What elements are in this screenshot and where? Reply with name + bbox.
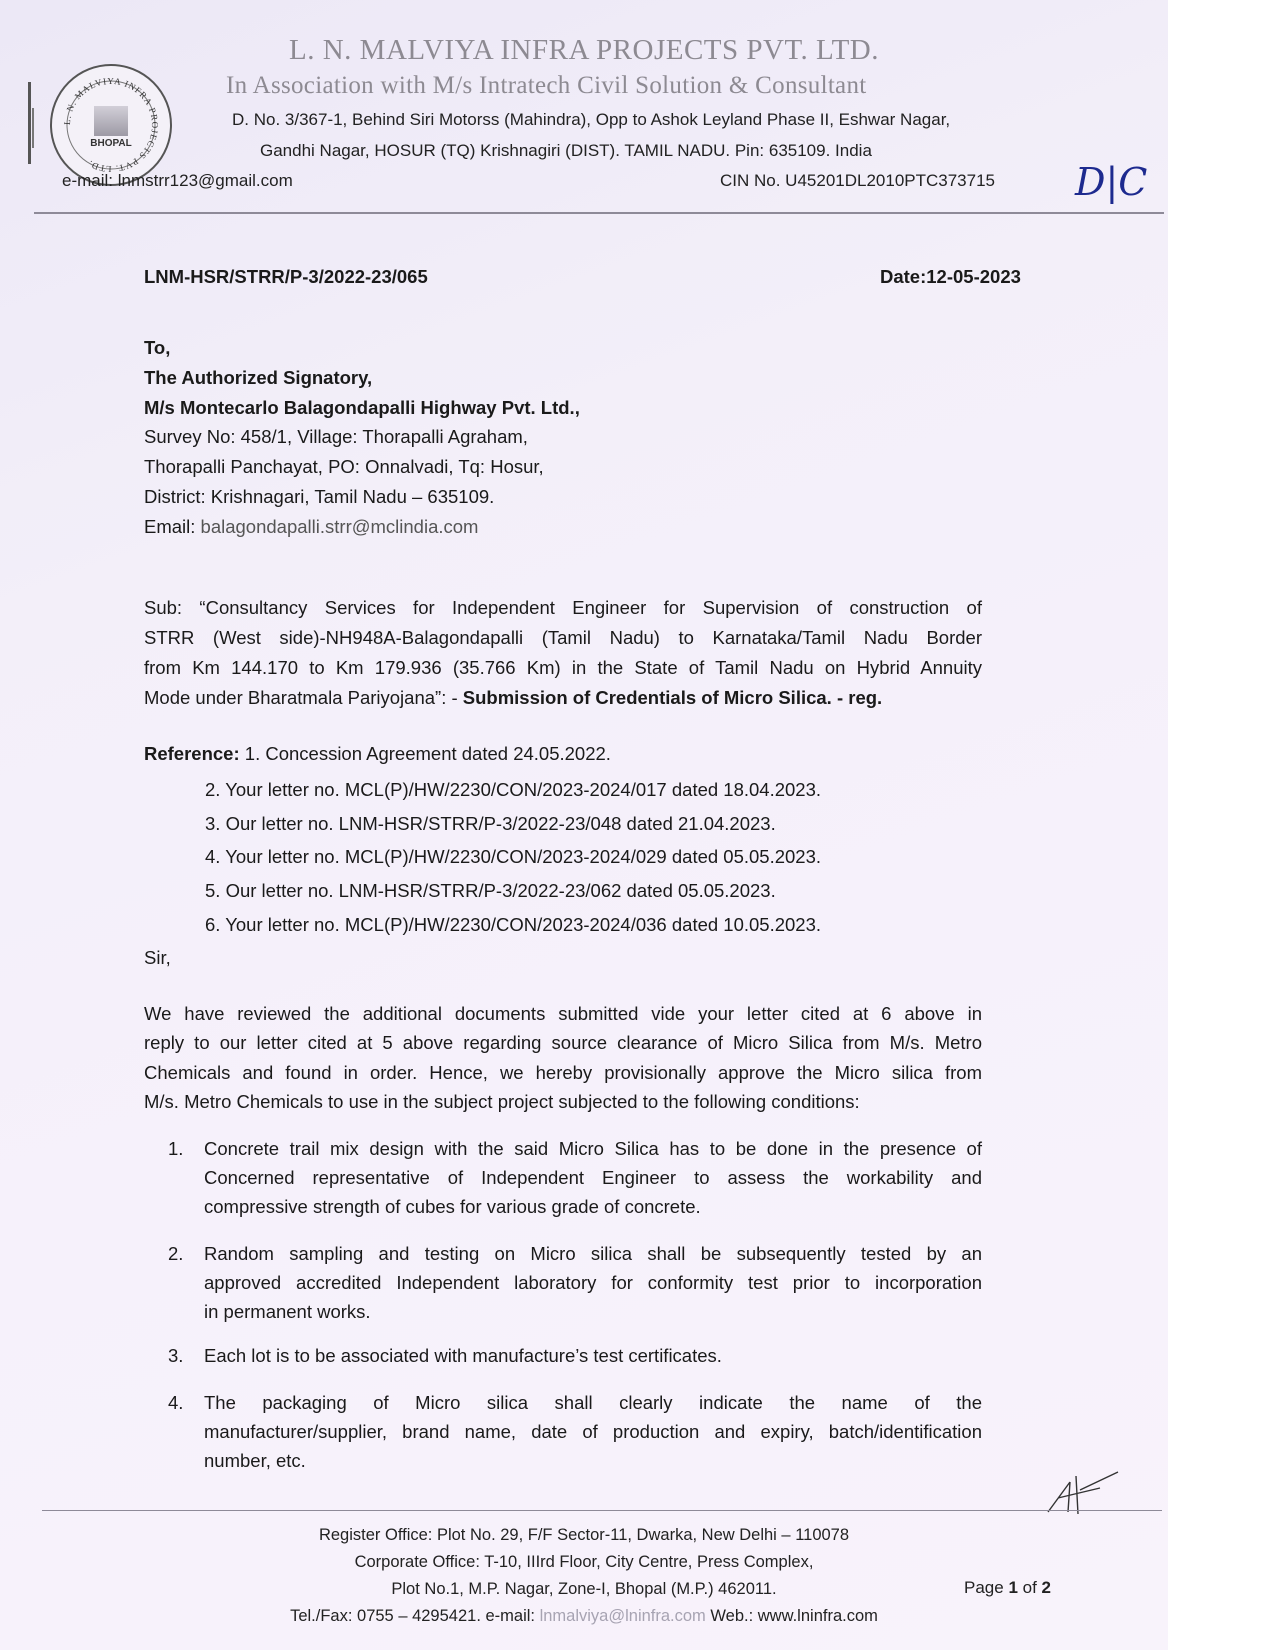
footer-email-link[interactable]: lnmalviya@lninfra.com: [540, 1607, 706, 1625]
recipient-title: The Authorized Signatory,: [144, 367, 372, 389]
subject-plain: Mode under Bharatmala Pariyojana”: -: [144, 687, 463, 708]
company-address-line2: Gandhi Nagar, HOSUR (TQ) Krishnagiri (DI…: [260, 141, 872, 161]
condition-line: number, etc.: [204, 1450, 982, 1472]
letter-date: Date:12-05-2023: [880, 266, 1021, 288]
condition-line: The packaging of Micro silica shall clea…: [204, 1392, 982, 1414]
references-row: Reference: 1. Concession Agreement dated…: [144, 743, 611, 765]
subject-line: STRR (West side)-NH948A-Balagondapalli (…: [144, 627, 982, 649]
subject-line-last: Mode under Bharatmala Pariyojana”: - Sub…: [144, 687, 982, 709]
building-icon: [94, 106, 128, 136]
tel-fax: Tel./Fax: 0755 – 4295421. e-mail:: [290, 1607, 539, 1625]
reference-item: 2. Your letter no. MCL(P)/HW/2230/CON/20…: [205, 779, 821, 801]
condition-number: 3.: [168, 1345, 183, 1367]
condition-line: compressive strength of cubes for variou…: [204, 1196, 982, 1218]
reference-item: 5. Our letter no. LNM-HSR/STRR/P-3/2022-…: [205, 880, 776, 902]
footer-web-link[interactable]: Web.: www.lninfra.com: [706, 1607, 878, 1625]
condition-number: 4.: [168, 1392, 183, 1414]
salutation: Sir,: [144, 947, 171, 969]
page-number: Page 1 of 2: [964, 1578, 1051, 1598]
body-line: reply to our letter cited at 5 above reg…: [144, 1032, 982, 1054]
reference-item: 6. Your letter no. MCL(P)/HW/2230/CON/20…: [205, 914, 821, 936]
body-line: Chemicals and found in order. Hence, we …: [144, 1062, 982, 1084]
letter-reference-number: LNM-HSR/STRR/P-3/2022-23/065: [144, 266, 428, 288]
body-line: M/s. Metro Chemicals to use in the subje…: [144, 1091, 982, 1113]
margin-mark: [32, 108, 34, 148]
to-label: To,: [144, 337, 170, 359]
page-of: of: [1018, 1578, 1042, 1597]
company-seal-icon: L. N. MALVIYA INFRA PROJECTS PVT. LTD. B…: [50, 64, 172, 186]
reference-item: 1. Concession Agreement dated 24.05.2022…: [245, 743, 611, 764]
body-line: We have reviewed the additional document…: [144, 1003, 982, 1025]
recipient-email-label: Email:: [144, 516, 195, 537]
subject-topic: Submission of Credentials of Micro Silic…: [463, 687, 882, 708]
margin-mark: [28, 82, 31, 164]
reference-item: 3. Our letter no. LNM-HSR/STRR/P-3/2022-…: [205, 813, 776, 835]
condition-line: Random sampling and testing on Micro sil…: [204, 1243, 982, 1265]
company-address-line1: D. No. 3/367-1, Behind Siri Motorss (Mah…: [232, 110, 950, 130]
page-label: Page: [964, 1578, 1008, 1597]
condition-line: in permanent works.: [204, 1301, 982, 1323]
recipient-email-link[interactable]: balagondapalli.strr@mclindia.com: [201, 516, 479, 537]
footer-divider: [42, 1510, 1162, 1511]
condition-line: approved accredited Independent laborato…: [204, 1272, 982, 1294]
company-email: e-mail: lnmstrr123@gmail.com: [62, 171, 293, 191]
subject-line: Sub: “Consultancy Services for Independe…: [144, 597, 982, 619]
recipient-company: M/s Montecarlo Balagondapalli Highway Pv…: [144, 397, 580, 419]
condition-line: Each lot is to be associated with manufa…: [204, 1345, 982, 1367]
recipient-email-row: Email: balagondapalli.strr@mclindia.com: [144, 516, 478, 538]
corporate-office-line1: Corporate Office: T-10, IIIrd Floor, Cit…: [0, 1553, 1168, 1572]
handwritten-mark: D|C: [1075, 160, 1147, 204]
reference-item: 4. Your letter no. MCL(P)/HW/2230/CON/20…: [205, 846, 821, 868]
document-page: L. N. MALVIYA INFRA PROJECTS PVT. LTD. B…: [0, 0, 1168, 1650]
page-current: 1: [1008, 1578, 1017, 1597]
contact-line: Tel./Fax: 0755 – 4295421. e-mail: lnmalv…: [0, 1607, 1168, 1626]
condition-line: manufacturer/supplier, brand name, date …: [204, 1421, 982, 1443]
condition-line: Concerned representative of Independent …: [204, 1167, 982, 1189]
recipient-address-line: District: Krishnagari, Tamil Nadu – 6351…: [144, 486, 494, 508]
company-name: L. N. MALVIYA INFRA PROJECTS PVT. LTD.: [0, 34, 1168, 67]
recipient-address-line: Thorapalli Panchayat, PO: Onnalvadi, Tq:…: [144, 456, 544, 478]
references-label: Reference:: [144, 743, 240, 764]
page-total: 2: [1042, 1578, 1051, 1597]
company-cin: CIN No. U45201DL2010PTC373715: [720, 171, 995, 191]
header-divider: [34, 212, 1164, 214]
condition-number: 2.: [168, 1243, 183, 1265]
condition-number: 1.: [168, 1138, 183, 1160]
register-office: Register Office: Plot No. 29, F/F Sector…: [0, 1526, 1168, 1545]
recipient-address-line: Survey No: 458/1, Village: Thorapalli Ag…: [144, 426, 528, 448]
seal-city: BHOPAL: [52, 138, 170, 149]
company-association: In Association with M/s Intratech Civil …: [226, 72, 867, 100]
condition-line: Concrete trail mix design with the said …: [204, 1138, 982, 1160]
subject-line: from Km 144.170 to Km 179.936 (35.766 Km…: [144, 657, 982, 679]
